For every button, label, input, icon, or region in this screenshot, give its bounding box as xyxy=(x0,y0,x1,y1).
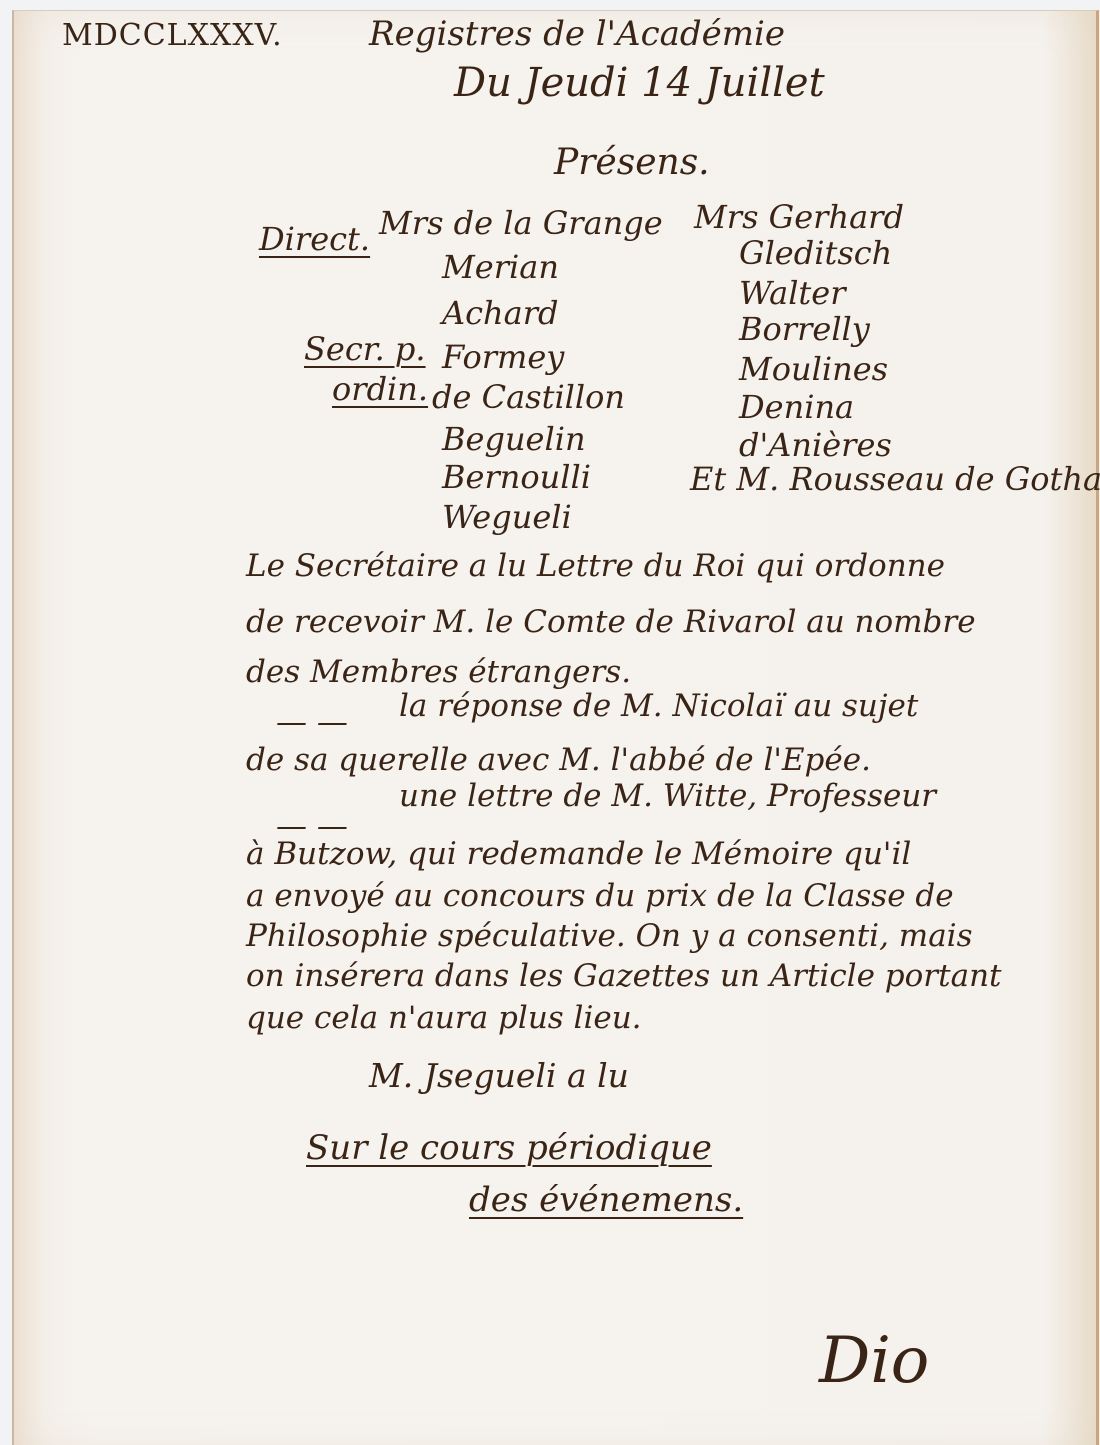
role-secretary-label: Secr. p. xyxy=(304,333,426,365)
minutes-line: une lettre de M. Witte, Professeur xyxy=(399,781,936,812)
member-name: Beguelin xyxy=(442,423,586,455)
member-name: Wegueli xyxy=(442,501,572,533)
repeat-dash: — — xyxy=(276,707,348,738)
member-name: Mrs Gerhard xyxy=(694,201,904,233)
register-header: Registres de l'Académie xyxy=(369,17,785,51)
signature-initials: Dio xyxy=(819,1329,929,1393)
minutes-line: a envoyé au concours du prix de la Class… xyxy=(246,881,954,912)
member-name: Borrelly xyxy=(739,313,870,345)
minutes-line: de sa querelle avec M. l'abbé de l'Epée. xyxy=(246,745,871,776)
minutes-line: des Membres étrangers. xyxy=(246,657,631,688)
member-name: Achard xyxy=(442,297,559,329)
meeting-date: Du Jeudi 14 Juillet xyxy=(454,63,825,103)
role-director-label: Direct. xyxy=(259,223,370,255)
member-name: Walter xyxy=(739,277,846,309)
member-name: de Castillon xyxy=(432,381,625,413)
minutes-line: Le Secrétaire a lu Lettre du Roi qui ord… xyxy=(246,551,945,582)
member-name: Formey xyxy=(442,341,564,373)
member-name: Et M. Rousseau de Gotha xyxy=(690,463,1100,495)
member-name: Denina xyxy=(739,391,854,423)
member-name: Mrs de la Grange xyxy=(379,207,663,239)
presens-heading: Présens. xyxy=(554,145,710,181)
minutes-line: Philosophie spéculative. On y a consenti… xyxy=(246,921,973,952)
memoir-title-line1: Sur le cours périodique xyxy=(306,1131,712,1165)
minutes-line: la réponse de M. Nicolaï au sujet xyxy=(399,691,918,722)
role-secretary-label-line2: ordin. xyxy=(332,373,428,405)
manuscript-page: MDCCLXXXV. Registres de l'Académie Du Je… xyxy=(12,10,1099,1445)
year-roman-numeral: MDCCLXXXV. xyxy=(62,21,283,51)
member-name: Merian xyxy=(442,251,559,283)
reading-line: M. Jsegueli a lu xyxy=(369,1059,629,1092)
minutes-line: on insérera dans les Gazettes un Article… xyxy=(246,961,1002,992)
member-name: d'Anières xyxy=(739,429,892,461)
memoir-title-line2: des événemens. xyxy=(469,1183,743,1217)
minutes-line: de recevoir M. le Comte de Rivarol au no… xyxy=(246,607,976,638)
minutes-line: à Butzow, qui redemande le Mémoire qu'il xyxy=(246,839,911,870)
minutes-line: que cela n'aura plus lieu. xyxy=(246,1003,642,1034)
member-name: Moulines xyxy=(739,353,888,385)
member-name: Gleditsch xyxy=(739,237,892,269)
member-name: Bernoulli xyxy=(442,461,591,493)
